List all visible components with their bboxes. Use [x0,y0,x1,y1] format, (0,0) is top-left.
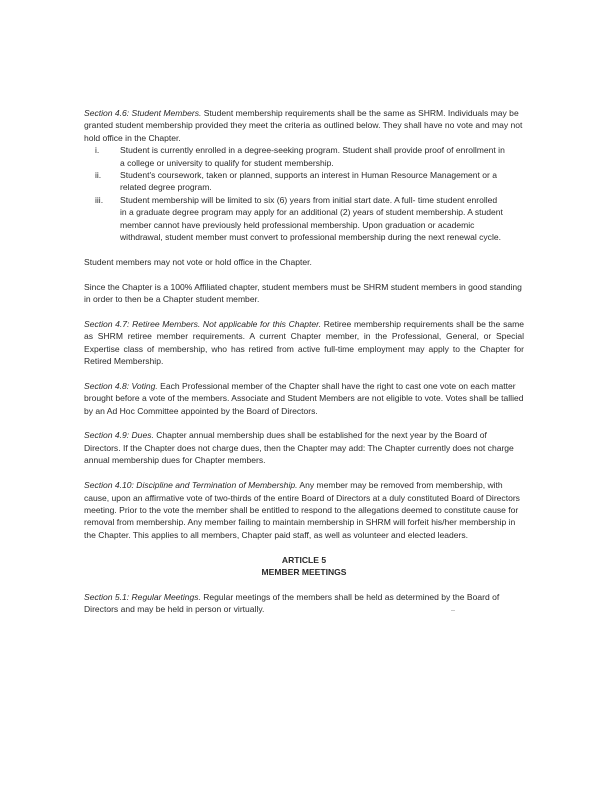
list-number: i. [95,144,109,156]
list-item: iii. Student membership will be limited … [84,194,524,244]
list-number: ii. [95,169,109,181]
article-5-heading: ARTICLE 5 MEMBER MEETINGS [84,554,524,579]
article-title: MEMBER MEETINGS [84,566,524,578]
list-text: Student is currently enrolled in a degre… [120,145,505,167]
section-4-6: Section 4.6: Student Members. Student me… [84,107,524,144]
scan-mark [451,610,455,611]
scan-mark [106,610,110,611]
section-4-9: Section 4.9: Dues. Chapter annual member… [84,429,524,466]
section-4-8: Section 4.8: Voting. Each Professional m… [84,380,524,417]
student-note-vote: Student members may not vote or hold off… [84,256,524,268]
document-page: Section 4.6: Student Members. Student me… [84,107,524,628]
student-criteria-list: i. Student is currently enrolled in a de… [84,144,524,243]
article-number: ARTICLE 5 [84,554,524,566]
section-4-10: Section 4.10: Discipline and Termination… [84,479,524,541]
section-title: Section 4.7: Retiree Members. Not applic… [84,319,321,329]
list-item: ii. Student's coursework, taken or plann… [84,169,524,194]
list-item: i. Student is currently enrolled in a de… [84,144,524,169]
section-4-7: Section 4.7: Retiree Members. Not applic… [84,318,524,368]
section-title: Section 5.1: Regular Meetings. [84,592,201,602]
section-title: Section 4.6: Student Members. [84,108,201,118]
section-title: Section 4.10: Discipline and Termination… [84,480,297,490]
list-text: Student membership will be limited to si… [120,195,503,242]
list-text: Student's coursework, taken or planned, … [120,170,497,192]
section-title: Section 4.8: Voting. [84,381,158,391]
section-title: Section 4.9: Dues. [84,430,154,440]
list-number: iii. [95,194,109,206]
section-5-1: Section 5.1: Regular Meetings. Regular m… [84,591,524,616]
student-note-affiliation: Since the Chapter is a 100% Affiliated c… [84,281,524,306]
